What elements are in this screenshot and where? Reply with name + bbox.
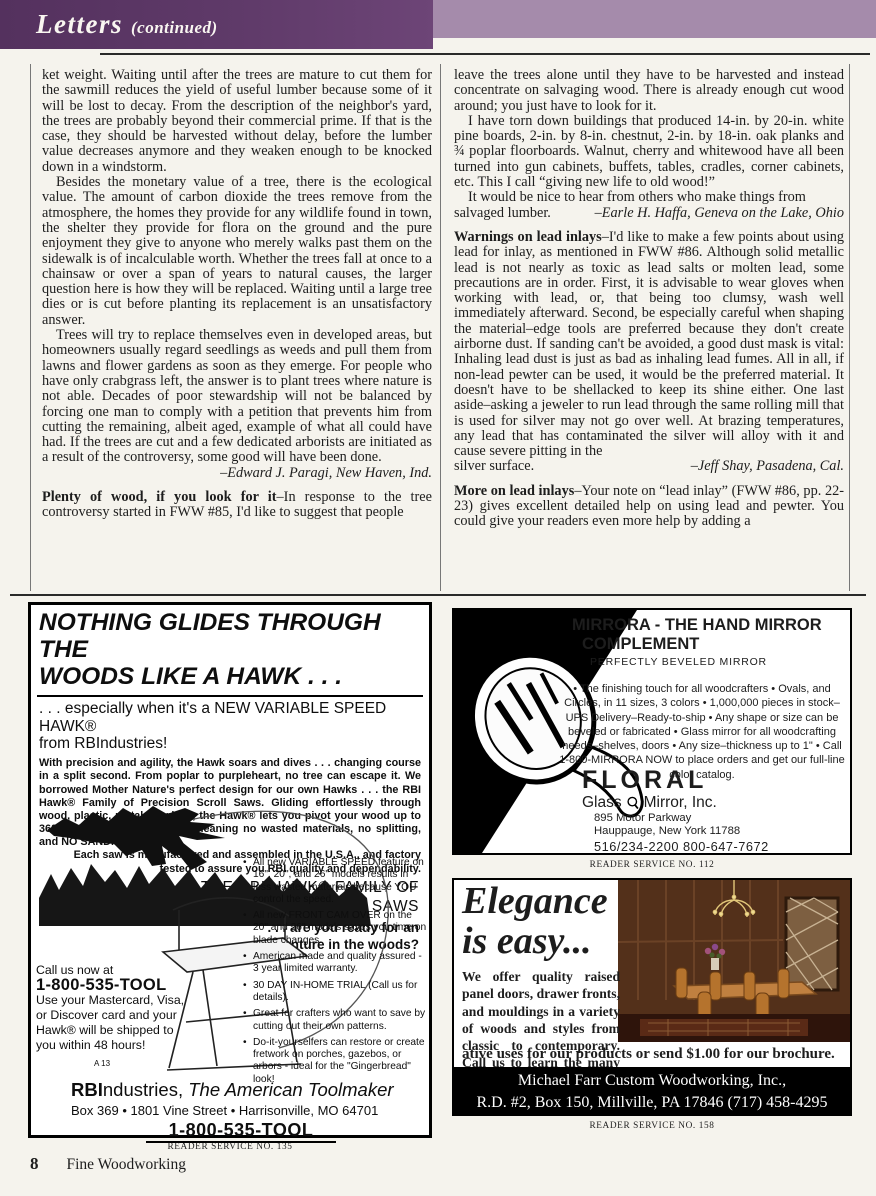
page-number: 8 (30, 1154, 39, 1173)
dining-room-photo (618, 880, 850, 1042)
ad-feature-list: All new VARIABLE SPEED feature on 16", 2… (243, 857, 429, 1090)
paragraph-text: salvaged lumber. (454, 206, 551, 221)
section-continued: (continued) (131, 18, 218, 37)
feature-item: Great for crafters who want to save by c… (253, 1008, 429, 1033)
headline-line2: COMPLEMENT (582, 635, 848, 654)
ad-company-bar: Michael Farr Custom Woodworking, Inc., R… (454, 1067, 850, 1114)
magazine-name: Fine Woodworking (67, 1156, 186, 1173)
ad-address-block: 895 Motor Parkway Hauppauge, New York 11… (594, 812, 834, 853)
letter-signature: –Jeff Shay, Pasadena, Cal. (691, 459, 844, 474)
mirror-icon (626, 796, 640, 810)
ad-headline-line1: NOTHING GLIDES THROUGH THE (39, 610, 421, 664)
paragraph: Warnings on lead inlays–I'd like to make… (454, 230, 844, 459)
ad-subheadline-line1: . . . especially when it's a NEW VARIABL… (39, 700, 421, 736)
column-rule-right (849, 64, 850, 591)
paragraph: I have torn down buildings that produced… (454, 114, 844, 190)
ad-headline: MIRRORA - THE HAND MIRROR COMPLEMENT PER… (572, 616, 848, 668)
page-footer: 8Fine Woodworking (30, 1154, 186, 1174)
signature-line: silver surface. –Jeff Shay, Pasadena, Ca… (454, 459, 844, 474)
section-divider (10, 594, 866, 596)
reader-service-label: READER SERVICE NO. 112 (452, 860, 852, 870)
logo-glass: Glass (582, 794, 622, 812)
address-line2: Hauppauge, New York 11788 (594, 825, 834, 838)
signature-line: salvaged lumber. –Earle H. Haffa, Geneva… (454, 206, 844, 221)
feature-item: All new VARIABLE SPEED feature on 16", 2… (253, 857, 429, 906)
page-title: Letters(continued) (36, 9, 218, 40)
letter-heading: Plenty of wood, if you look for it (42, 489, 277, 505)
phone-number: 1-800-535-TOOL (36, 978, 188, 993)
reader-service-label: READER SERVICE NO. 135 (28, 1142, 432, 1152)
logo-subline: Glass Mirror, Inc. (582, 794, 832, 812)
column-rule-left (30, 64, 31, 591)
headline-line1: MIRRORA - THE HAND MIRROR (572, 616, 848, 635)
feature-item: American made and quality assured - 3 ye… (253, 951, 429, 976)
ad-headline: Elegance is easy... (462, 882, 622, 962)
ad-body-continuation: ative uses for our products or send $1.0… (462, 1046, 848, 1063)
ad-floral-mirrora: MIRRORA - THE HAND MIRROR COMPLEMENT PER… (452, 608, 852, 855)
company-address: R.D. #2, Box 150, Millville, PA 17846 (7… (454, 1092, 850, 1114)
ad-headline: NOTHING GLIDES THROUGH THE WOODS LIKE A … (31, 605, 429, 693)
hawk-tail (175, 838, 207, 870)
ad-call-block: Call us now at 1-800-535-TOOL Use your M… (36, 963, 188, 1071)
paragraph: Trees will try to replace themselves eve… (42, 328, 432, 466)
company-name-bold: RBI (71, 1079, 103, 1100)
paragraph: Besides the monetary value of a tree, th… (42, 175, 432, 328)
logo-mirror-inc: Mirror, Inc. (644, 794, 717, 812)
floral-logo: FLORAL Glass Mirror, Inc. (582, 768, 832, 812)
address-line1: 895 Motor Parkway (594, 812, 834, 825)
company-name: Michael Farr Custom Woodworking, Inc., (454, 1070, 850, 1092)
company-name: RBIndustries, The American Toolmaker (71, 1079, 411, 1101)
company-name-rest: ndustries, (103, 1079, 188, 1100)
paragraph-text: –I'd like to make a few points about usi… (454, 229, 844, 459)
ad-code: A 13 (94, 1056, 110, 1071)
phone-numbers: 516/234-2200 800-647-7672 (594, 840, 834, 853)
paragraph-text: silver surface. (454, 459, 534, 474)
feature-item: 30 DAY IN-HOME TRIAL (Call us for detail… (253, 980, 429, 1005)
section-title: Letters (36, 9, 123, 39)
letter-signature: –Earle H. Haffa, Geneva on the Lake, Ohi… (595, 206, 844, 221)
letters-column-left: ket weight. Waiting until after the tree… (42, 68, 432, 521)
reader-service-label: READER SERVICE NO. 158 (452, 1121, 852, 1131)
paragraph: leave the trees alone until they have to… (454, 68, 844, 114)
letter-heading: More on lead inlays (454, 483, 574, 499)
magazine-page: Letters(continued) ket weight. Waiting u… (0, 0, 876, 1196)
ad-company-block: RBIndustries, The American Toolmaker Box… (71, 1079, 411, 1143)
rug (640, 1019, 808, 1036)
ad-subheadline-line2: from RBIndustries! (39, 735, 421, 753)
letters-column-right: leave the trees alone until they have to… (454, 68, 844, 530)
paragraph: More on lead inlays–Your note on “lead i… (454, 484, 844, 530)
payment-text: Use your Mastercard, Visa, or Discover c… (36, 993, 188, 1053)
header-banner-light (433, 0, 876, 38)
column-rule-middle (440, 64, 441, 591)
paragraph: Plenty of wood, if you look for it–In re… (42, 490, 432, 521)
feature-item: All new FRONT CAM OVER on the 20" and 26… (253, 910, 429, 947)
headline-line1: Elegance (462, 882, 622, 922)
ad-subheadline: . . . especially when it's a NEW VARIABL… (37, 695, 423, 753)
ad-subheadline: PERFECTLY BEVELED MIRROR (590, 656, 848, 668)
phone-number-large: 1-800-535-TOOL (146, 1120, 336, 1143)
header-rule (100, 53, 870, 55)
headline-line2: is easy... (462, 922, 622, 962)
company-tagline: The American Toolmaker (188, 1079, 393, 1100)
ad-headline-line2: WOODS LIKE A HAWK . . . (39, 664, 421, 691)
logo-wordmark: FLORAL (582, 768, 832, 793)
ad-michael-farr: Elegance is easy... We offer quality rai… (452, 878, 852, 1116)
paragraph: ket weight. Waiting until after the tree… (42, 68, 432, 175)
paragraph: It would be nice to hear from others who… (454, 190, 844, 205)
ad-rbindustries-hawk: NOTHING GLIDES THROUGH THE WOODS LIKE A … (28, 602, 432, 1138)
letter-signature: –Edward J. Paragi, New Haven, Ind. (42, 466, 432, 481)
company-address: Box 369 • 1801 Vine Street • Harrisonvil… (71, 1103, 411, 1118)
letter-heading: Warnings on lead inlays (454, 229, 602, 245)
